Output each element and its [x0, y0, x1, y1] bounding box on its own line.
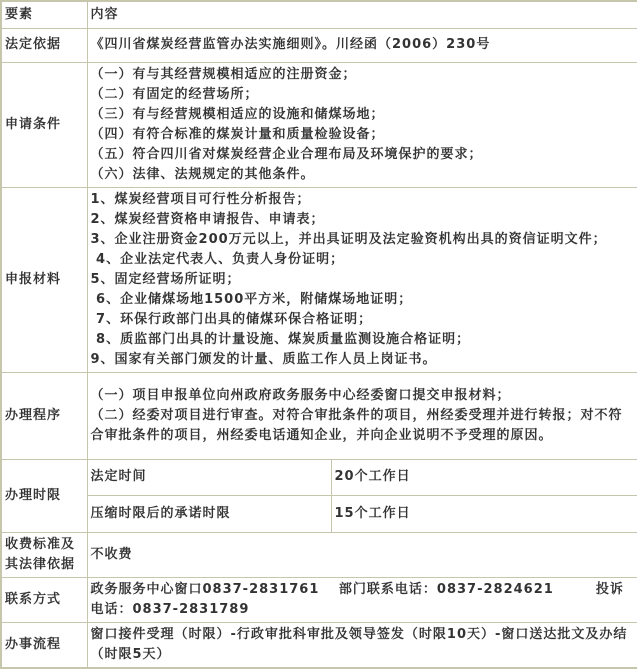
cell-legal-basis-content: 《四川省煤炭经营监管办法实施细则》。川经函（2006）230号 [87, 28, 637, 62]
table-row: 收费标准及其法律依据 不收费 [1, 532, 637, 577]
table-row: 压缩时限后的承诺时限 15个工作日 [1, 495, 637, 532]
cell-promised-time-label: 压缩时限后的承诺时限 [87, 495, 331, 532]
row-label-processing-time-limit: 办理时限 [1, 459, 87, 532]
row-label-fees: 收费标准及其法律依据 [1, 532, 87, 577]
header-content-column: 内容 [87, 1, 637, 28]
service-info-table: 要素 内容 法定依据 《四川省煤炭经营监管办法实施细则》。川经函（2006）23… [0, 0, 637, 669]
table-row: 申请条件 （一）有与其经营规模相适应的注册资金； （二）有固定的经营场所； （三… [1, 62, 637, 187]
table-row: 办理程序 （一）项目申报单位向州政府政务服务中心经委窗口提交申报材料； （二）经… [1, 372, 637, 459]
table-row: 要素 内容 [1, 1, 637, 28]
row-label-processing-procedure: 办理程序 [1, 372, 87, 459]
table-row: 办理时限 法定时间 20个工作日 [1, 459, 637, 495]
cell-application-materials-content: 1、煤炭经营项目可行性分析报告； 2、煤炭经营资格申请报告、申请表； 3、企业注… [87, 187, 637, 372]
row-label-contact-info: 联系方式 [1, 577, 87, 622]
cell-workflow-content: 窗口接件受理（时限）-行政审批科审批及领导签发（时限10天）-窗口送达批文及办结… [87, 622, 637, 668]
row-label-legal-basis: 法定依据 [1, 28, 87, 62]
row-label-application-materials: 申报材料 [1, 187, 87, 372]
cell-statutory-time-value: 20个工作日 [331, 459, 637, 495]
cell-statutory-time-label: 法定时间 [87, 459, 331, 495]
table-row: 联系方式 政务服务中心窗口0837-2831761 部门联系电话：0837-28… [1, 577, 637, 622]
table-row: 法定依据 《四川省煤炭经营监管办法实施细则》。川经函（2006）230号 [1, 28, 637, 62]
header-element-column: 要素 [1, 1, 87, 28]
cell-fees-content: 不收费 [87, 532, 637, 577]
cell-contact-info-content: 政务服务中心窗口0837-2831761 部门联系电话：0837-2824621… [87, 577, 637, 622]
row-label-application-conditions: 申请条件 [1, 62, 87, 187]
cell-promised-time-value: 15个工作日 [331, 495, 637, 532]
table-row: 申报材料 1、煤炭经营项目可行性分析报告； 2、煤炭经营资格申请报告、申请表； … [1, 187, 637, 372]
cell-application-conditions-content: （一）有与其经营规模相适应的注册资金； （二）有固定的经营场所； （三）有与经营… [87, 62, 637, 187]
row-label-workflow: 办事流程 [1, 622, 87, 668]
cell-processing-procedure-content: （一）项目申报单位向州政府政务服务中心经委窗口提交申报材料； （二）经委对项目进… [87, 372, 637, 459]
table-row: 办事流程 窗口接件受理（时限）-行政审批科审批及领导签发（时限10天）-窗口送达… [1, 622, 637, 668]
